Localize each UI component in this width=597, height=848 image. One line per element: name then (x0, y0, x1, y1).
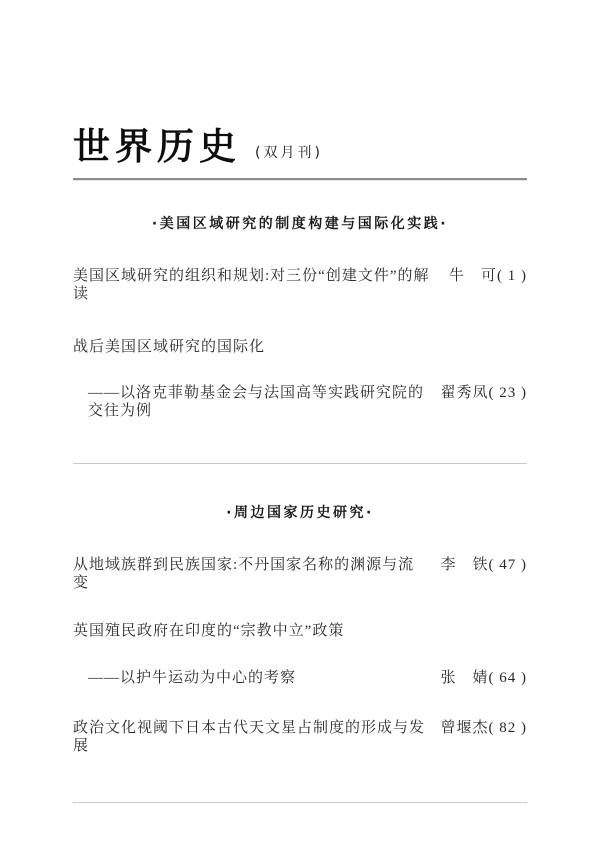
bottom-divider (73, 802, 527, 803)
entry-title: ——以洛克菲勒基金会与法国高等实践研究院的交往为例 (73, 384, 440, 420)
entry-author-page: 张 婧( 64 ) (440, 669, 527, 687)
toc-entry: ——以洛克菲勒基金会与法国高等实践研究院的交往为例 翟秀凤( 23 ) (73, 384, 527, 420)
masthead-rule (73, 178, 527, 181)
toc-entry: 美国区域研究的组织和规划:对三份“创建文件”的解读 牛 可( 1 ) (73, 267, 527, 303)
entry-title: ——以护牛运动为中心的考察 (73, 669, 308, 687)
entry-page: ( 47 ) (489, 557, 528, 573)
journal-toc-page: 世界历史 (双月刊) ·美国区域研究的制度构建与国际化实践· 美国区域研究的组织… (0, 0, 597, 848)
entry-title: 战后美国区域研究的国际化 (73, 338, 277, 356)
entry-title: 英国殖民政府在印度的“宗教中立”政策 (73, 622, 356, 640)
journal-subtitle: (双月刊) (255, 142, 323, 162)
entry-author-page: 曾堰杰( 82 ) (440, 719, 527, 737)
toc-entry: 英国殖民政府在印度的“宗教中立”政策 (73, 622, 527, 640)
entry-author-page: 李 铁( 47 ) (440, 556, 527, 574)
page-content: 世界历史 (双月刊) ·美国区域研究的制度构建与国际化实践· 美国区域研究的组织… (0, 0, 597, 803)
entry-page: ( 64 ) (489, 670, 528, 686)
toc-entry: ——以护牛运动为中心的考察 张 婧( 64 ) (73, 669, 527, 687)
entry-author: 张 婧 (440, 670, 488, 686)
entry-title: 美国区域研究的组织和规划:对三份“创建文件”的解读 (73, 267, 449, 303)
journal-title: 世界历史 (73, 128, 241, 165)
entry-author: 翟秀凤 (440, 385, 488, 401)
entry-author: 牛 可 (449, 268, 497, 284)
entry-author: 曾堰杰 (440, 720, 488, 736)
entry-author: 李 铁 (440, 557, 488, 573)
masthead: 世界历史 (双月刊) (73, 128, 527, 165)
section-1-header: ·美国区域研究的制度构建与国际化实践· (73, 213, 527, 233)
toc-entry: 从地域族群到民族国家:不丹国家名称的渊源与流变 李 铁( 47 ) (73, 556, 527, 592)
entry-author-page: 翟秀凤( 23 ) (440, 384, 527, 402)
entry-page: ( 82 ) (489, 720, 528, 736)
toc-entry: 政治文化视阈下日本古代天文星占制度的形成与发展 曾堰杰( 82 ) (73, 719, 527, 755)
toc-entry: 战后美国区域研究的国际化 (73, 338, 527, 356)
entry-title: 从地域族群到民族国家:不丹国家名称的渊源与流变 (73, 556, 440, 592)
entry-page: ( 1 ) (497, 268, 527, 284)
entry-title: 政治文化视阈下日本古代天文星占制度的形成与发展 (73, 719, 440, 755)
entry-page: ( 23 ) (489, 385, 528, 401)
section-divider (73, 463, 527, 464)
entry-author-page: 牛 可( 1 ) (449, 267, 527, 285)
section-2-header: ·周边国家历史研究· (73, 502, 527, 522)
